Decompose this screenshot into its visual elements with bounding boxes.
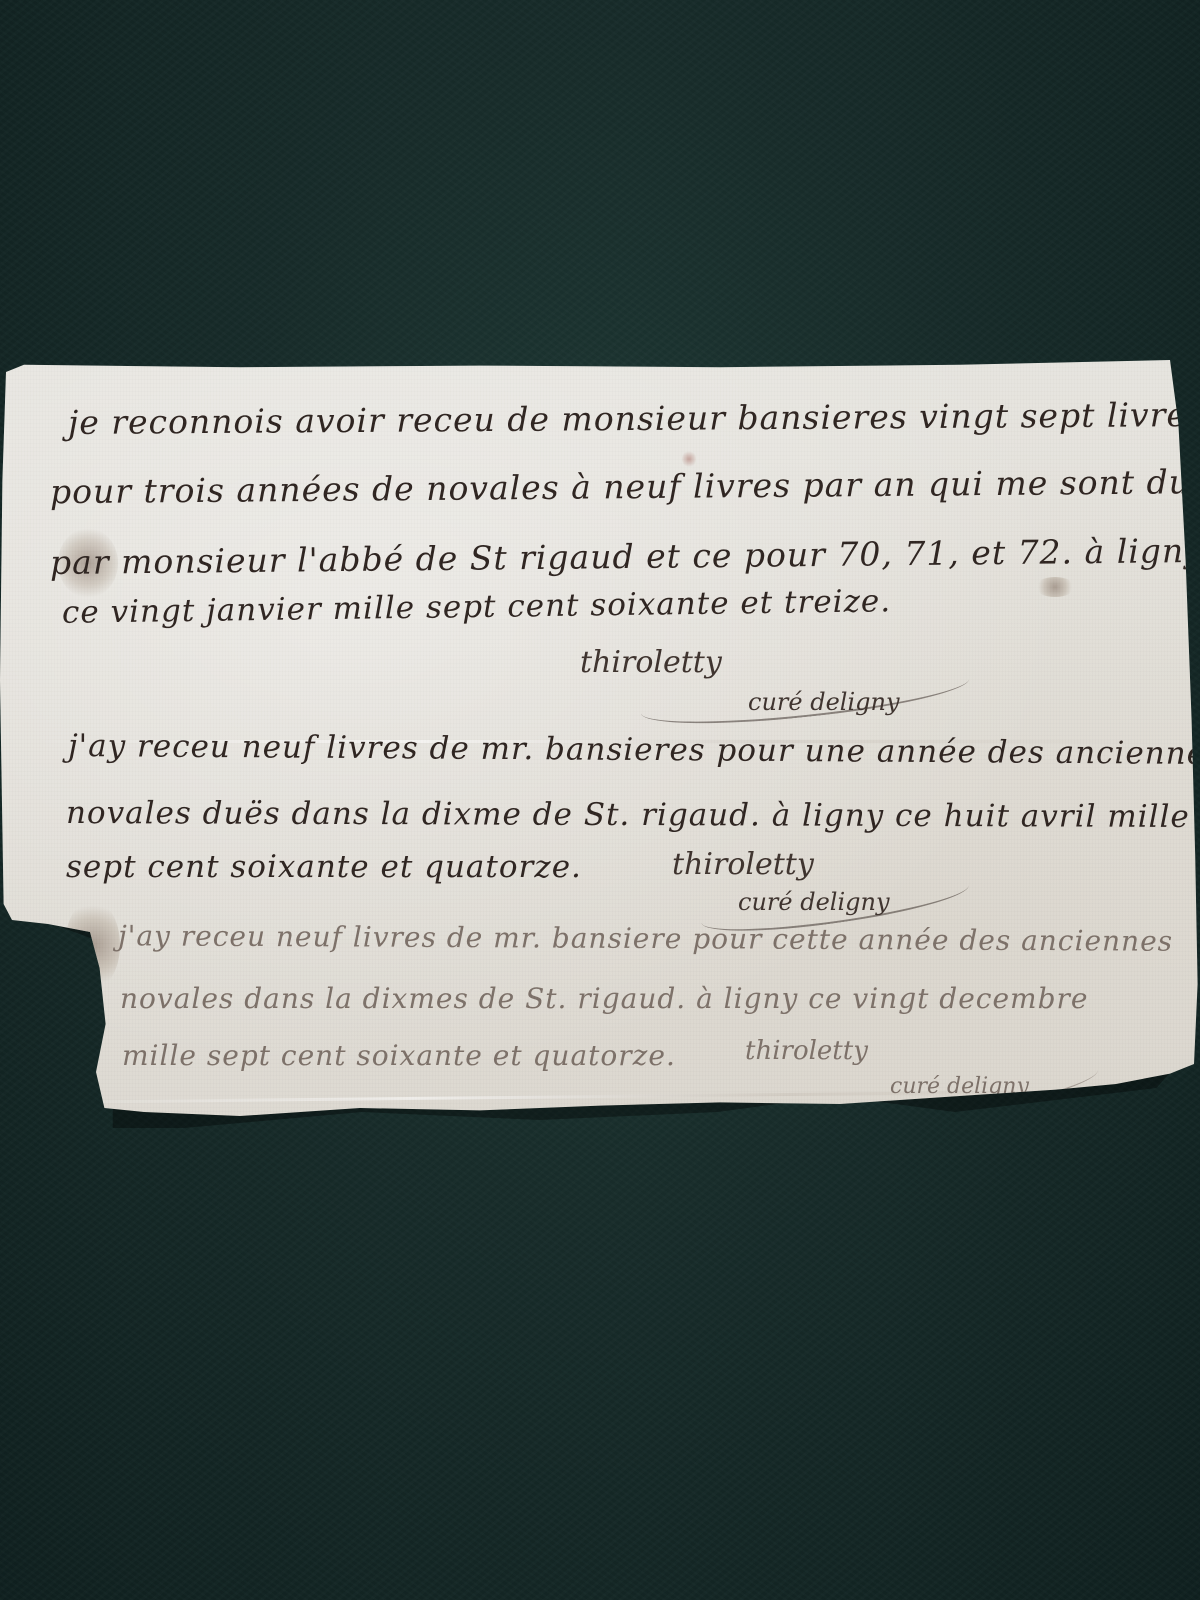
ink-stain [1035, 577, 1075, 597]
torn-paper-receipt: je reconnois avoir receu de monsieur ban… [0, 360, 1200, 1160]
receipt-1-signature: thiroletty [580, 648, 722, 678]
receipt-3-signature: thiroletty [745, 1038, 868, 1064]
receipt-2-line-2: novales duës dans la dixme de St. rigaud… [66, 798, 1190, 833]
receipt-1-line-1: je reconnois avoir receu de monsieur ban… [68, 398, 1200, 439]
receipt-2-line-1: j'ay receu neuf livres de mr. bansieres … [68, 731, 1200, 770]
receipt-3-line-1: j'ay receu neuf livres de mr. bansiere p… [118, 922, 1173, 956]
receipt-3-line-2: novales dans la dixmes de St. rigaud. à … [120, 985, 1088, 1013]
receipt-1-line-3: par monsieur l'abbé de St rigaud et ce p… [50, 534, 1200, 579]
receipt-1-line-4: ce vingt janvier mille sept cent soixant… [62, 586, 892, 629]
ink-stain [682, 450, 696, 468]
receipt-2-signature-title: curé deligny [738, 890, 890, 914]
receipt-1-signature-title: curé deligny [748, 690, 900, 714]
receipt-1-line-2: pour trois années de novales à neuf livr… [50, 465, 1200, 508]
receipt-2-line-3: sept cent soixante et quatorze. [66, 852, 582, 883]
receipt-2-signature: thiroletty [672, 850, 814, 880]
receipt-3-line-3: mille sept cent soixante et quatorze. [122, 1042, 676, 1070]
